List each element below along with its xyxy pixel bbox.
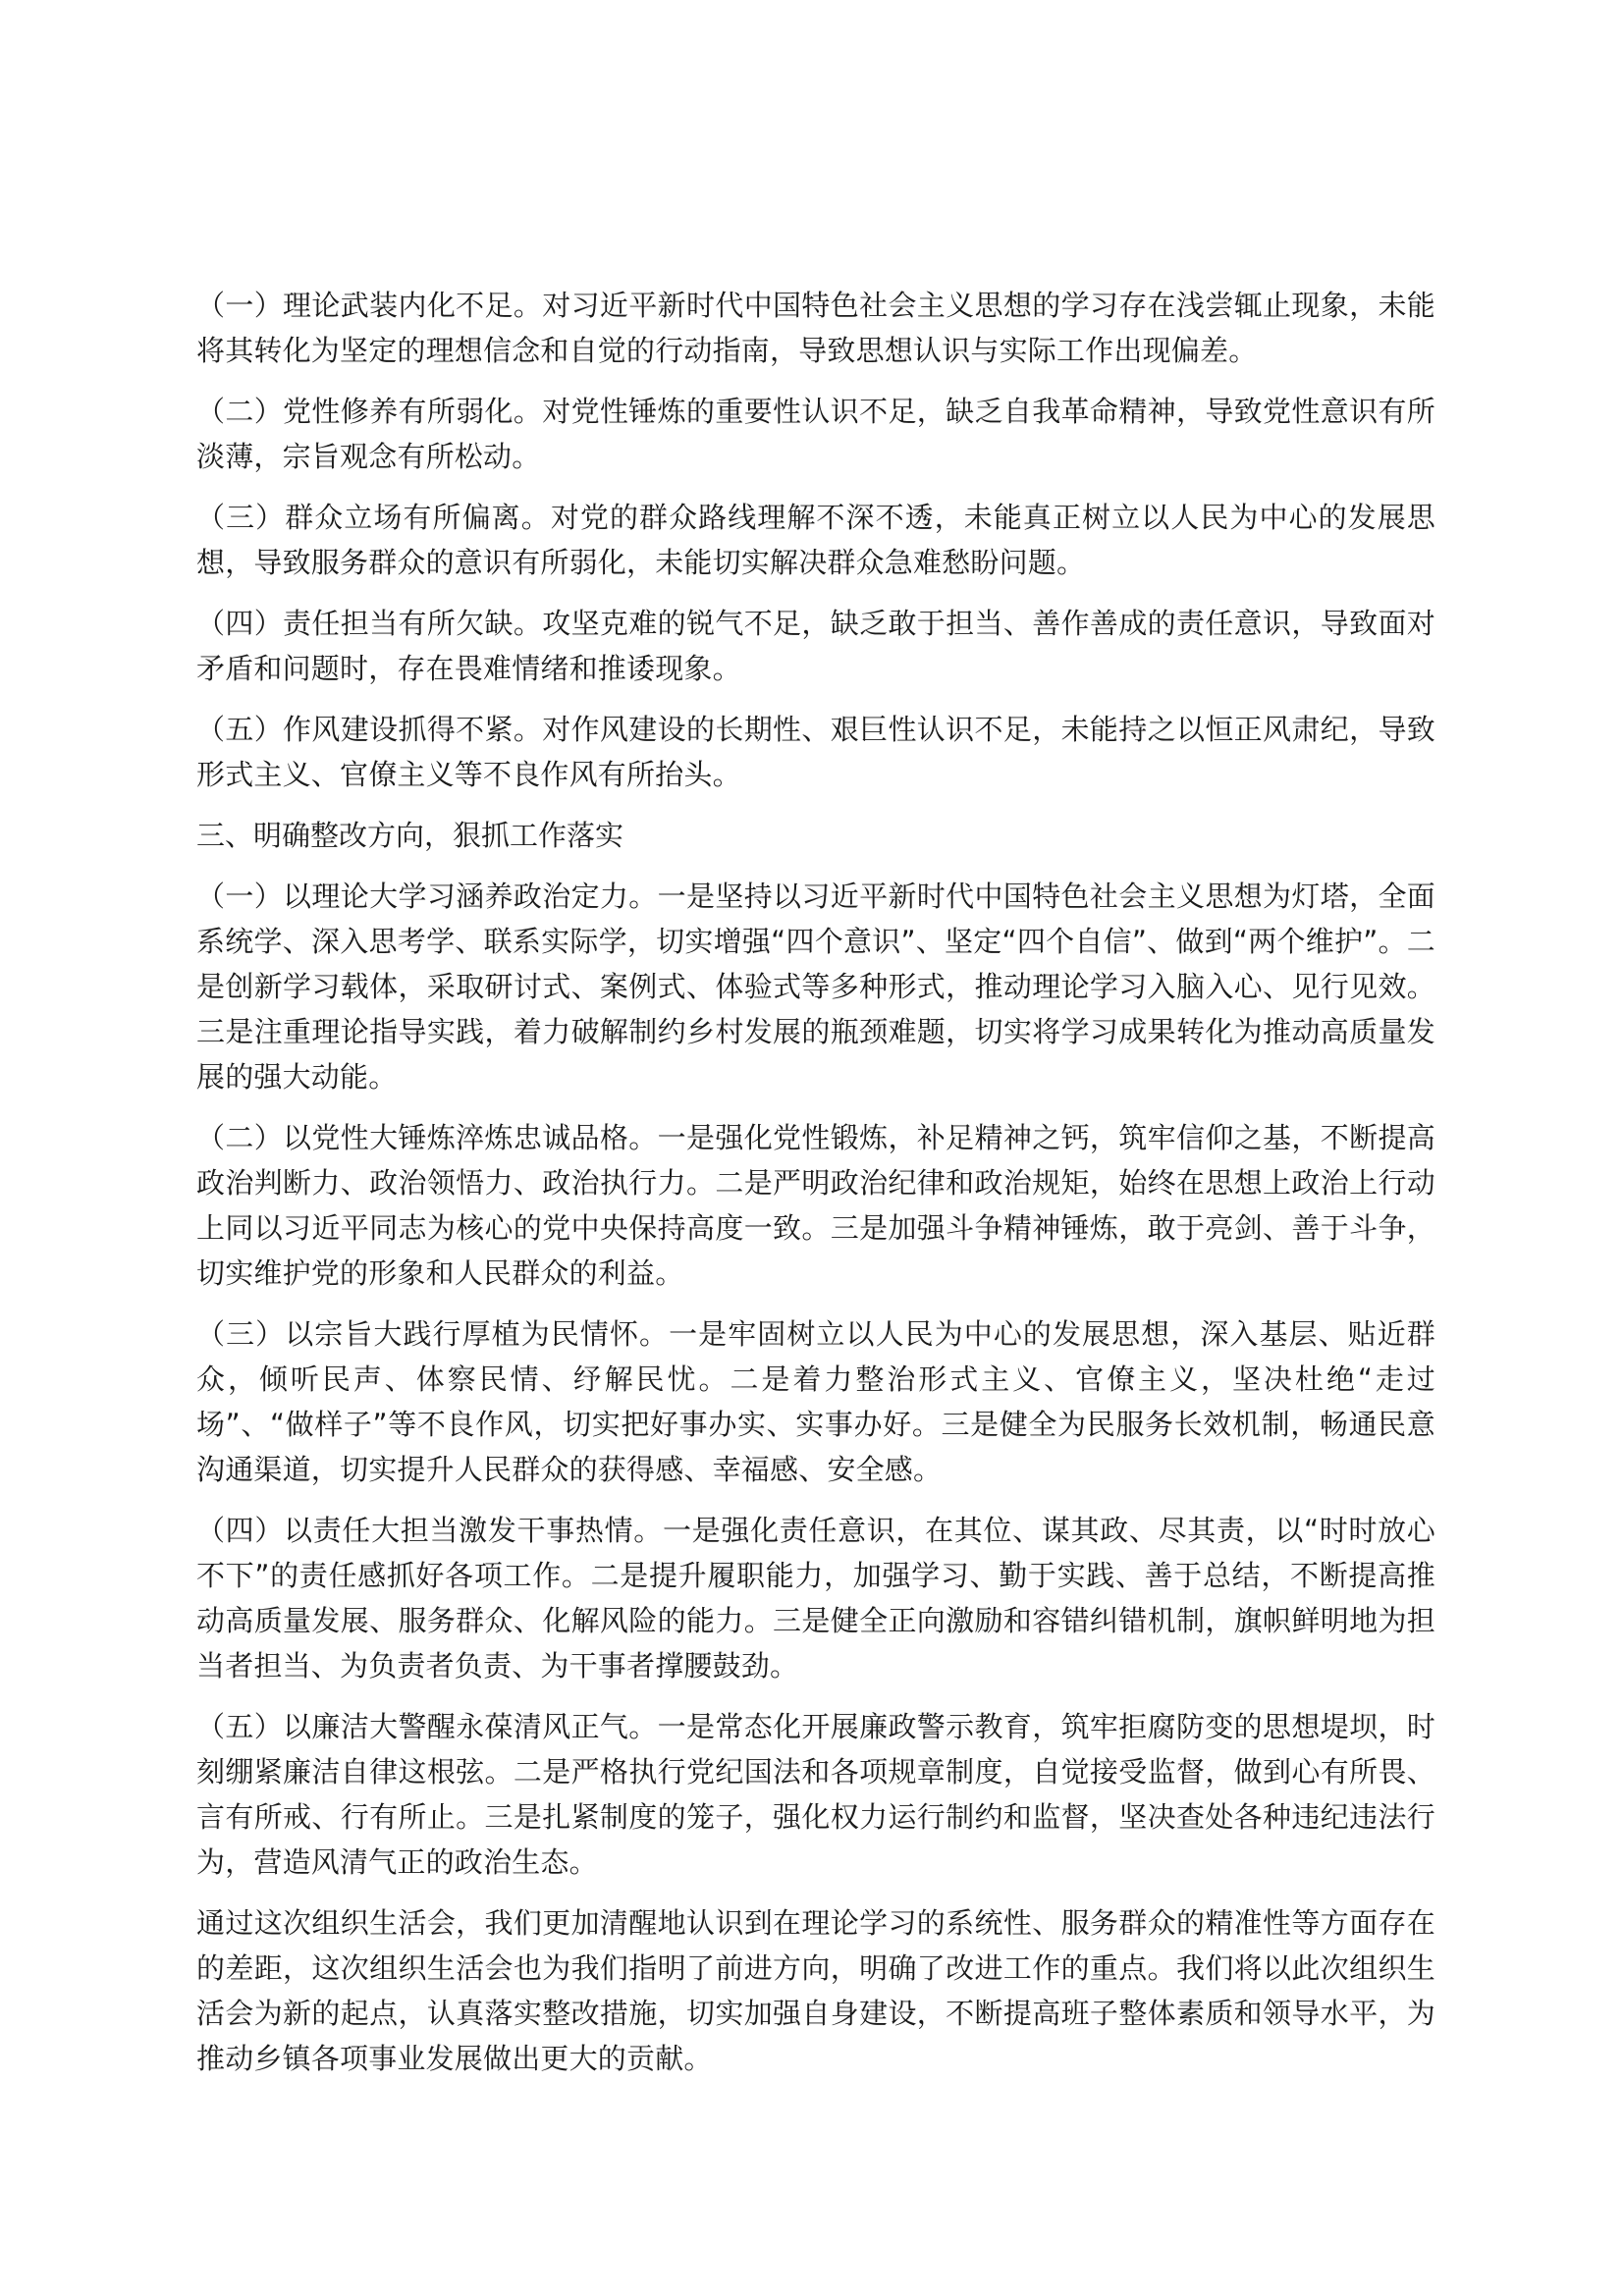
paragraph-problem-5: （五）作风建设抓得不紧。对作风建设的长期性、艰巨性认识不足，未能持之以恒正风肃纪… (196, 707, 1435, 797)
paragraph-problem-1: （一）理论武装内化不足。对习近平新时代中国特色社会主义思想的学习存在浅尝辄止现象… (196, 283, 1435, 373)
document-page: （一）理论武装内化不足。对习近平新时代中国特色社会主义思想的学习存在浅尝辄止现象… (196, 283, 1435, 2097)
paragraph-measure-4: （四）以责任大担当激发干事热情。一是强化责任意识，在其位、谋其政、尽其责，以“时… (196, 1508, 1435, 1688)
paragraph-measure-5: （五）以廉洁大警醒永葆清风正气。一是常态化开展廉政警示教育，筑牢拒腐防变的思想堤… (196, 1704, 1435, 1885)
paragraph-measure-1: （一）以理论大学习涵养政治定力。一是坚持以习近平新时代中国特色社会主义思想为灯塔… (196, 874, 1435, 1099)
paragraph-problem-2: （二）党性修养有所弱化。对党性锤炼的重要性认识不足，缺乏自我革命精神，导致党性意… (196, 389, 1435, 479)
section-heading: 三、明确整改方向，狠抓工作落实 (196, 813, 1435, 858)
paragraph-conclusion: 通过这次组织生活会，我们更加清醒地认识到在理论学习的系统性、服务群众的精准性等方… (196, 1900, 1435, 2081)
paragraph-measure-3: （三）以宗旨大践行厚植为民情怀。一是牢固树立以人民为中心的发展思想，深入基层、贴… (196, 1311, 1435, 1492)
paragraph-measure-2: （二）以党性大锤炼淬炼忠诚品格。一是强化党性锻炼，补足精神之钙，筑牢信仰之基，不… (196, 1115, 1435, 1296)
paragraph-problem-4: （四）责任担当有所欠缺。攻坚克难的锐气不足，缺乏敢于担当、善作善成的责任意识，导… (196, 601, 1435, 691)
paragraph-problem-3: （三）群众立场有所偏离。对党的群众路线理解不深不透，未能真正树立以人民为中心的发… (196, 495, 1435, 585)
